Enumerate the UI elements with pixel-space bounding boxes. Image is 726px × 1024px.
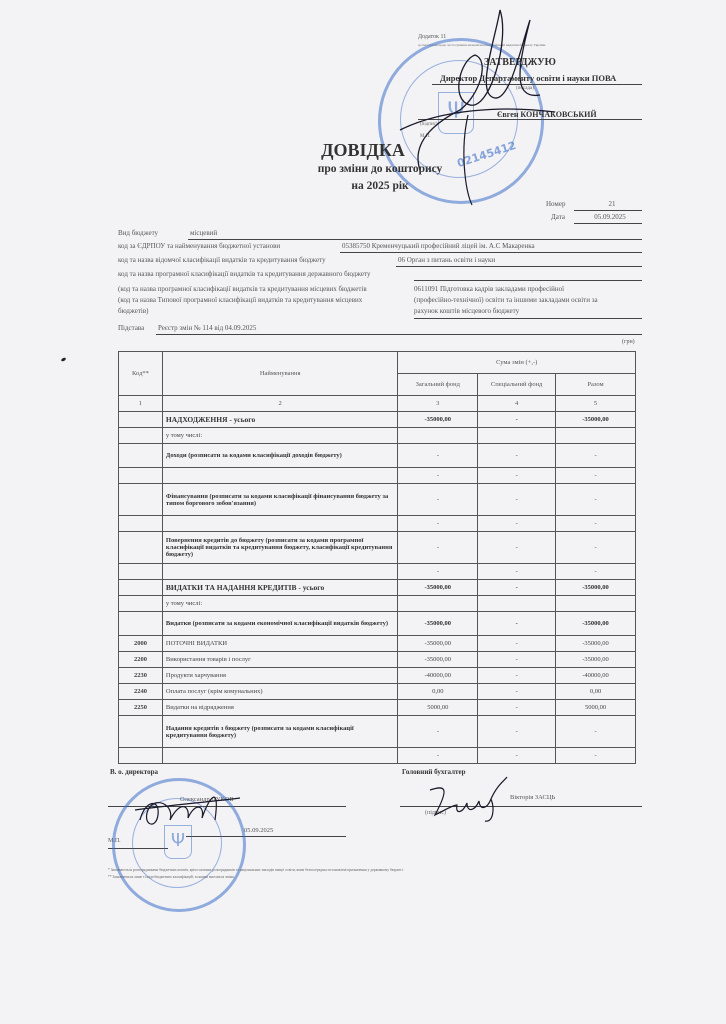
item-name — [162, 468, 397, 484]
table-row: 2000ПОТОЧНІ ВИДАТКИ-35000,00--35000,00 — [119, 636, 636, 652]
special-fund-value — [478, 596, 556, 612]
total-value: - — [556, 516, 636, 532]
header-sum-group: Сума змін (+,-) — [398, 352, 636, 374]
col-number: 1 — [119, 396, 163, 412]
general-fund-value: -35000,00 — [398, 612, 478, 636]
general-fund-value: - — [398, 468, 478, 484]
special-fund-value: - — [478, 700, 556, 716]
table-row: у тому числі: — [119, 428, 636, 444]
local-program-label-3: бюджетів) — [118, 307, 149, 315]
item-name: Фінансування (розписати за кодами класиф… — [162, 484, 397, 516]
code — [119, 612, 163, 636]
number-label: Номер — [546, 200, 565, 208]
special-fund-value: - — [478, 444, 556, 468]
basis-underline — [156, 334, 642, 335]
table-row: --- — [119, 468, 636, 484]
edrpou-underline — [340, 252, 642, 253]
local-program-label-1: (код та назва програмної класифікації ви… — [118, 285, 367, 293]
item-name: Надання кредитів з бюджету (розписати за… — [162, 716, 397, 748]
total-value — [556, 596, 636, 612]
total-value: - — [556, 716, 636, 748]
basis-value: Реєстр змін № 114 від 04.09.2025 — [158, 324, 256, 332]
chief-accountant-name: Вікторія ЗАСЦЬ — [510, 794, 555, 801]
code — [119, 444, 163, 468]
total-value: - — [556, 468, 636, 484]
local-program-value-2: (професійно-технічної) освіти та іншими … — [414, 296, 598, 304]
currency-label: (грн) — [622, 339, 635, 345]
special-fund-value: - — [478, 516, 556, 532]
code: 2250 — [119, 700, 163, 716]
local-program-label-2: (код та назва Типової програмної класифі… — [118, 296, 362, 304]
table-row: 2250Видатки на відрядження5000,00-5000,0… — [119, 700, 636, 716]
table-row: у тому числі: — [119, 596, 636, 612]
total-value: - — [556, 484, 636, 516]
total-value: - — [556, 564, 636, 580]
code — [119, 468, 163, 484]
header-total: Разом — [556, 374, 636, 396]
footnote-1: * Заповнюється розпорядниками бюджетних … — [108, 868, 404, 872]
special-fund-value: - — [478, 564, 556, 580]
edrpou-label: код за ЄДРПОУ та найменування бюджетної … — [118, 242, 280, 250]
table-row: Фінансування (розписати за кодами класиф… — [119, 484, 636, 516]
code — [119, 580, 163, 596]
col-number: 4 — [478, 396, 556, 412]
item-name — [162, 748, 397, 764]
total-value: - — [556, 532, 636, 564]
item-name: НАДХОДЖЕННЯ - усього — [162, 412, 397, 428]
changes-table: Код** Найменування Сума змін (+,-) Загал… — [118, 351, 636, 764]
special-fund-value: - — [478, 612, 556, 636]
budget-type-label: Вид бюджету — [118, 229, 158, 237]
general-fund-value: - — [398, 532, 478, 564]
date-underline — [574, 223, 642, 224]
code — [119, 516, 163, 532]
general-fund-value: - — [398, 716, 478, 748]
item-name — [162, 516, 397, 532]
chief-accountant-signature — [425, 775, 515, 825]
document-subtitle: про зміни до кошторису — [290, 163, 470, 175]
table-row: Надання кредитів з бюджету (розписати за… — [119, 716, 636, 748]
department-class-underline — [396, 266, 642, 267]
code — [119, 532, 163, 564]
item-name: у тому числі: — [162, 428, 397, 444]
document-year: на 2025 рік — [290, 180, 470, 192]
code — [119, 484, 163, 516]
number-underline — [574, 210, 642, 211]
total-value: - — [556, 444, 636, 468]
general-fund-value — [398, 428, 478, 444]
basis-label: Підстава — [118, 324, 144, 332]
special-fund-value: - — [478, 468, 556, 484]
col-number: 3 — [398, 396, 478, 412]
code — [119, 748, 163, 764]
total-value: - — [556, 748, 636, 764]
table-row: --- — [119, 516, 636, 532]
code — [119, 564, 163, 580]
table-row: 2230Продукти харчування-40000,00--40000,… — [119, 668, 636, 684]
department-class-value: 06 Орган з питань освіти і науки — [398, 256, 495, 264]
budget-type-underline — [188, 239, 642, 240]
item-name: Продукти харчування — [162, 668, 397, 684]
item-name: Повернення кредитів до бюджету (розписат… — [162, 532, 397, 564]
table-row: Повернення кредитів до бюджету (розписат… — [119, 532, 636, 564]
special-fund-value: - — [478, 484, 556, 516]
item-name: Видатки (розписати за кодами економічної… — [162, 612, 397, 636]
special-fund-value: - — [478, 412, 556, 428]
special-fund-value: - — [478, 532, 556, 564]
total-value: -35000,00 — [556, 636, 636, 652]
code: 2230 — [119, 668, 163, 684]
header-name: Найменування — [162, 352, 397, 396]
code — [119, 428, 163, 444]
department-class-label: код та назва відомчої класифікації видат… — [118, 256, 326, 264]
general-fund-value: -40000,00 — [398, 668, 478, 684]
total-value: -35000,00 — [556, 580, 636, 596]
table-row: НАДХОДЖЕННЯ - усього-35000,00--35000,00 — [119, 412, 636, 428]
special-fund-value: - — [478, 636, 556, 652]
date-label: Дата — [551, 213, 565, 221]
general-fund-value — [398, 596, 478, 612]
edrpou-value: 05385750 Кременчуцький професійний ліцей… — [342, 242, 535, 250]
general-fund-value: -35000,00 — [398, 412, 478, 428]
code: 2000 — [119, 636, 163, 652]
item-name: ВИДАТКИ ТА НАДАННЯ КРЕДИТІВ - усього — [162, 580, 397, 596]
item-name: у тому числі: — [162, 596, 397, 612]
code: 2240 — [119, 684, 163, 700]
general-fund-value: 0,00 — [398, 684, 478, 700]
code — [119, 412, 163, 428]
header-general-fund: Загальний фонд — [398, 374, 478, 396]
table-row: --- — [119, 748, 636, 764]
header-code: Код** — [119, 352, 163, 396]
general-fund-value: -35000,00 — [398, 580, 478, 596]
col-number: 2 — [162, 396, 397, 412]
ink-dot — [61, 357, 67, 362]
local-program-value-1: 0611091 Підготовка кадрів закладами проф… — [414, 285, 564, 293]
table-body: НАДХОДЖЕННЯ - усього-35000,00--35000,00у… — [119, 412, 636, 764]
col-number: 5 — [556, 396, 636, 412]
state-program-underline — [414, 280, 642, 281]
code — [119, 716, 163, 748]
total-value: 0,00 — [556, 684, 636, 700]
header-special-fund: Спеціальний фонд — [478, 374, 556, 396]
special-fund-value: - — [478, 652, 556, 668]
item-name: ПОТОЧНІ ВИДАТКИ — [162, 636, 397, 652]
item-name: Використання товарів і послуг — [162, 652, 397, 668]
table-row: ВИДАТКИ ТА НАДАННЯ КРЕДИТІВ - усього-350… — [119, 580, 636, 596]
general-fund-value: - — [398, 484, 478, 516]
table-row: Видатки (розписати за кодами економічної… — [119, 612, 636, 636]
general-fund-value: - — [398, 516, 478, 532]
special-fund-value: - — [478, 684, 556, 700]
number-value: 21 — [584, 200, 640, 208]
local-program-underline — [414, 318, 642, 319]
table-row: 2240Оплата послуг (крім комунальних)0,00… — [119, 684, 636, 700]
general-fund-value: - — [398, 564, 478, 580]
total-value: 5000,00 — [556, 700, 636, 716]
total-value — [556, 428, 636, 444]
table-row: Доходи (розписати за кодами класифікації… — [119, 444, 636, 468]
general-fund-value: - — [398, 444, 478, 468]
item-name — [162, 564, 397, 580]
general-fund-value: 5000,00 — [398, 700, 478, 716]
local-program-value-3: рахунок коштів місцевого бюджету — [414, 307, 519, 315]
acting-director-signature — [130, 780, 250, 840]
table-row: 2200Використання товарів і послуг-35000,… — [119, 652, 636, 668]
item-name: Доходи (розписати за кодами класифікації… — [162, 444, 397, 468]
special-fund-value: - — [478, 748, 556, 764]
general-fund-value: -35000,00 — [398, 636, 478, 652]
general-fund-value: -35000,00 — [398, 652, 478, 668]
date-value: 05.09.2025 — [578, 213, 642, 221]
budget-type-value: місцевий — [190, 229, 217, 237]
special-fund-value: - — [478, 668, 556, 684]
code: 2200 — [119, 652, 163, 668]
state-program-label: код та назва програмної класифікації вид… — [118, 270, 370, 278]
item-name: Оплата послуг (крім комунальних) — [162, 684, 397, 700]
total-value: -35000,00 — [556, 652, 636, 668]
item-name: Видатки на відрядження — [162, 700, 397, 716]
document-title: ДОВІДКА — [0, 140, 726, 161]
special-fund-value: - — [478, 580, 556, 596]
acting-director-title: В. о. директора — [110, 768, 158, 776]
total-value: -40000,00 — [556, 668, 636, 684]
table-row: --- — [119, 564, 636, 580]
special-fund-value — [478, 428, 556, 444]
total-value: -35000,00 — [556, 612, 636, 636]
special-fund-value: - — [478, 716, 556, 748]
general-fund-value: - — [398, 748, 478, 764]
total-value: -35000,00 — [556, 412, 636, 428]
code — [119, 596, 163, 612]
footnote-2: ** Зазначаються лише ті коди бюджетних к… — [108, 875, 234, 879]
